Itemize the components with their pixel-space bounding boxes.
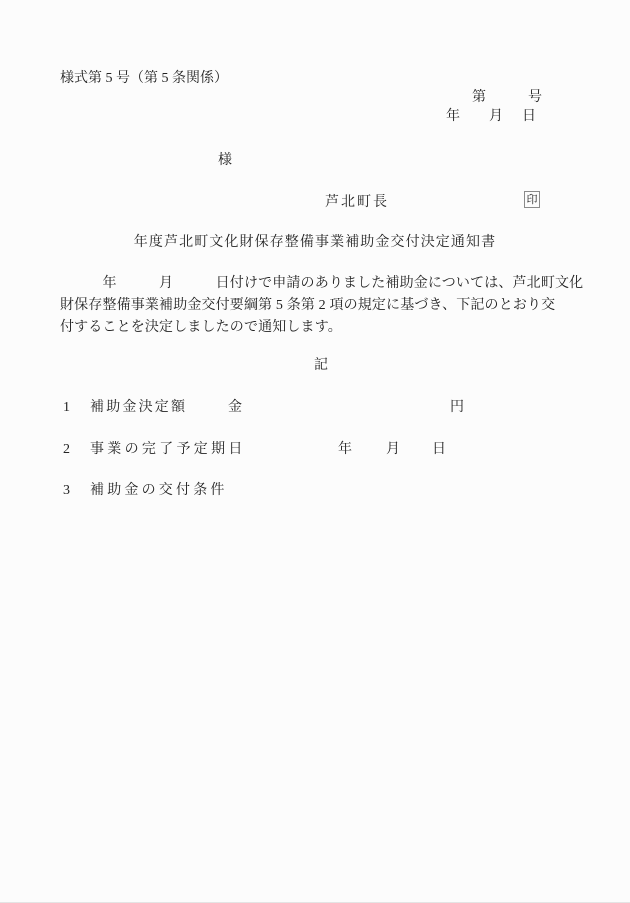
amount-prefix-label: 金 (228, 400, 242, 416)
seal-placeholder-icon: 印 (524, 191, 540, 208)
record-marker: 記 (314, 358, 328, 374)
issue-date-day-label: 日 (522, 109, 536, 125)
completion-year-label: 年 (338, 442, 352, 458)
issue-date-year-label: 年 (446, 109, 460, 125)
document-title: 年度芦北町文化財保存整備事業補助金交付決定通知書 (0, 235, 630, 251)
document-page: 様式第 5 号（第 5 条関係） 第 号 年 月 日 様 芦北町長 印 年度芦北… (0, 0, 630, 903)
issue-date-month-label: 月 (489, 109, 503, 125)
recipient-honorific: 様 (218, 153, 232, 169)
body-paragraph-line: 財保存整備事業補助金交付要綱第 5 条第 2 項の規定に基づき、下記のとおり交 (60, 298, 555, 314)
form-number: 様式第 5 号（第 5 条関係） (60, 71, 228, 87)
item-row-subsidy-amount: 1 補助金決定額 金 円 (0, 400, 630, 416)
amount-unit-label: 円 (450, 400, 464, 416)
completion-day-label: 日 (432, 442, 446, 458)
item-number: 1 (63, 400, 70, 416)
item-number: 3 (63, 483, 70, 499)
item-label: 事業の完了予定期日 (90, 442, 246, 458)
item-label: 補助金の交付条件 (90, 483, 228, 499)
item-row-grant-conditions: 3 補助金の交付条件 (0, 483, 630, 499)
item-label: 補助金決定額 (90, 400, 187, 416)
sender-title: 芦北町長 (325, 195, 389, 211)
completion-month-label: 月 (386, 442, 400, 458)
body-paragraph-line: 年 月 日付けで申請のありました補助金については、芦北町文化 (60, 276, 583, 292)
body-paragraph-line: 付することを決定しましたので通知します。 (60, 320, 342, 336)
document-number-line: 第 号 (472, 90, 542, 106)
item-number: 2 (63, 442, 70, 458)
item-row-completion-date: 2 事業の完了予定期日 年 月 日 (0, 442, 630, 458)
